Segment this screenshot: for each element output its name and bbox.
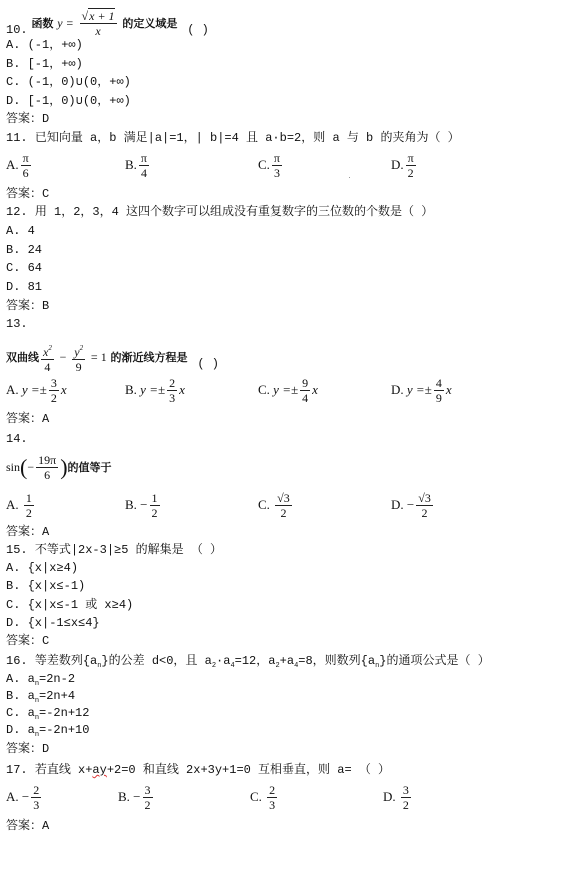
- answer: 答案：B: [6, 298, 49, 314]
- frac-den: 4: [302, 391, 308, 404]
- option-a: A. {x|x≥4): [6, 560, 78, 576]
- stem-text: 的值等于: [68, 461, 112, 474]
- math-lhs: y =: [57, 16, 73, 30]
- answer-label: 答案：: [6, 112, 42, 126]
- option-text: 24: [28, 243, 42, 257]
- option-d: D. [-1，0)∪(0，+∞): [6, 93, 131, 109]
- answer-label: 答案：: [6, 299, 42, 313]
- option-d: D. {x|-1≤x≤4}: [6, 615, 100, 631]
- option-label: C.: [250, 789, 262, 805]
- frac-num: 9: [300, 377, 310, 391]
- fraction: π6: [21, 152, 31, 179]
- option-b: B. y =±23x: [125, 375, 185, 405]
- fraction: √32: [416, 492, 433, 519]
- option-d: D.π2: [391, 150, 418, 180]
- frac-den: 3: [274, 166, 280, 179]
- option-label: A.: [6, 224, 20, 238]
- option-a: A. −23: [6, 782, 43, 812]
- option-sign: −: [22, 789, 29, 805]
- spellcheck-underlined-text: ay: [92, 763, 106, 777]
- stem-text: }的通项公式是（ ）: [379, 654, 489, 668]
- option-label: B.: [118, 789, 130, 805]
- option-b: B. {x|x≤-1): [6, 578, 85, 594]
- fraction: 23: [31, 784, 41, 811]
- answer-value: C: [42, 187, 49, 201]
- frac-num: 3: [143, 784, 153, 798]
- option-var: x: [446, 382, 452, 398]
- answer-value: A: [42, 412, 49, 426]
- frac-den: 3: [33, 798, 39, 811]
- option-label: D.: [6, 723, 20, 737]
- option-text: [-1，+∞): [28, 57, 83, 71]
- option-text: {x|-1≤x≤4}: [28, 616, 100, 630]
- option-a: A. y =±32x: [6, 375, 67, 405]
- stem-text: 的定义域是: [122, 17, 177, 30]
- fraction: 32: [143, 784, 153, 811]
- stem-text: ·a: [216, 654, 230, 668]
- option-b: B. 24: [6, 242, 42, 258]
- stem-text: +a: [280, 654, 294, 668]
- answer-value: C: [42, 634, 49, 648]
- option-text: =-2n+10: [39, 723, 89, 737]
- frac-num: x + 1: [88, 8, 114, 23]
- option-label: A.: [6, 38, 20, 52]
- minus: −: [27, 460, 34, 474]
- question-14-stem: sin(−19π6)的值等于: [6, 454, 112, 481]
- option-prefix: y =±: [407, 382, 432, 398]
- option-text: {x|x≤-1): [28, 579, 86, 593]
- option-sign: −: [140, 497, 147, 513]
- stem-text: 函数: [31, 17, 53, 30]
- option-b: B. [-1，+∞): [6, 56, 83, 72]
- fraction: √x + 1 x: [80, 10, 117, 37]
- frac-den: 9: [76, 360, 82, 373]
- option-c: C.π3: [258, 150, 284, 180]
- question-11-stem: 11. 已知向量 a，b 满足|a|=1，| b|=4 且 a·b=2，则 a …: [6, 130, 460, 146]
- options-row: A. y =±32x B. y =±23x C. y =±94x D. y =±…: [6, 375, 576, 405]
- option-text: =2n-2: [39, 672, 75, 686]
- fraction: 32: [401, 784, 411, 811]
- option-c: C. (-1，0)∪(0，+∞): [6, 74, 131, 90]
- question-15-stem: 15. 不等式|2x-3|≥5 的解集是 （ ）: [6, 542, 222, 558]
- frac-den: 2: [280, 506, 286, 519]
- answer-label: 答案：: [6, 187, 42, 201]
- question-number: 17.: [6, 763, 28, 777]
- minus: −: [60, 350, 67, 364]
- option-label: A.: [6, 157, 19, 173]
- option-label: D.: [6, 616, 20, 630]
- option-sign: −: [133, 789, 140, 805]
- frac-num: 2: [167, 377, 177, 391]
- option-label: A.: [6, 382, 19, 398]
- answer-value: A: [42, 819, 49, 833]
- stem-text: }的公差 d<0，且 a: [101, 654, 211, 668]
- stem-text: 等差数列{a: [35, 654, 97, 668]
- option-var: x: [179, 382, 185, 398]
- option-var: a: [28, 689, 35, 703]
- option-text: =2n+4: [39, 689, 75, 703]
- option-d: D. y =±49x: [391, 375, 452, 405]
- option-d: D. 32: [383, 782, 413, 812]
- question-12-stem: 12. 用 1，2，3，4 这四个数字可以组成没有重复数字的三位数的个数是（ ）: [6, 204, 433, 220]
- option-d: D. an=-2n+10: [6, 722, 89, 743]
- option-label: A.: [6, 497, 19, 513]
- answer-blank: ( ): [197, 356, 219, 372]
- answer-label: 答案：: [6, 742, 42, 756]
- answer: 答案：D: [6, 741, 49, 757]
- frac-den: 2: [408, 166, 414, 179]
- frac-num: π: [21, 152, 31, 166]
- question-number: 14.: [6, 431, 28, 447]
- question-17-stem: 17. 若直线 x+ay+2=0 和直线 2x+3y+1=0 互相垂直，则 a=…: [6, 762, 390, 778]
- answer-label: 答案：: [6, 412, 42, 426]
- frac-den: 4: [44, 360, 50, 373]
- option-label: A.: [6, 672, 20, 686]
- question-13-stem: 双曲线x24 − y29 = 1 的渐近线方程是 ( ): [6, 342, 219, 373]
- option-label: C.: [6, 598, 20, 612]
- option-c: C. 23: [250, 782, 279, 812]
- option-text: 81: [28, 280, 42, 294]
- fraction: π2: [406, 152, 416, 179]
- question-number: 11.: [6, 131, 28, 145]
- option-prefix: y =±: [140, 382, 165, 398]
- option-label: C.: [6, 706, 20, 720]
- question-10-stem: 10. 函数 y = √x + 1 x 的定义域是 ( ): [6, 10, 209, 37]
- answer: 答案：A: [6, 524, 49, 540]
- fraction: 32: [49, 377, 59, 404]
- option-label: C.: [6, 75, 20, 89]
- frac-den: 3: [269, 798, 275, 811]
- fraction: 23: [267, 784, 277, 811]
- answer-label: 答案：: [6, 634, 42, 648]
- question-number: 16.: [6, 654, 28, 668]
- option-var: a: [28, 672, 35, 686]
- answer: 答案：C: [6, 633, 49, 649]
- option-text: {x|x≤-1 或 x≥4): [28, 598, 134, 612]
- answer: 答案：C: [6, 186, 49, 202]
- stem-text: 用 1，2，3，4 这四个数字可以组成没有重复数字的三位数的个数是（ ）: [35, 205, 433, 219]
- stem-text: +2=0 和直线 2x+3y+1=0 互相垂直，则 a= （ ）: [107, 763, 390, 777]
- frac-den: 6: [23, 166, 29, 179]
- fraction: x24: [41, 342, 54, 373]
- frac-den: 2: [26, 506, 32, 519]
- fraction: π4: [139, 152, 149, 179]
- answer-label: 答案：: [6, 525, 42, 539]
- stem-text: =8，则数列{a: [298, 654, 375, 668]
- frac-den: x: [95, 24, 100, 37]
- fraction: y29: [72, 342, 85, 373]
- option-b: B. −12: [125, 490, 162, 520]
- option-text: =-2n+12: [39, 706, 89, 720]
- option-text: (-1，+∞): [28, 38, 83, 52]
- frac-num: 19π: [36, 454, 58, 468]
- option-b: B. −32: [118, 782, 155, 812]
- option-prefix: y =±: [273, 382, 298, 398]
- fraction: 12: [24, 492, 34, 519]
- option-text: [-1，0)∪(0，+∞): [28, 94, 131, 108]
- fraction: 94: [300, 377, 310, 404]
- option-text: {x|x≥4): [28, 561, 78, 575]
- fraction: 23: [167, 377, 177, 404]
- stem-text: 双曲线: [6, 351, 39, 364]
- frac-num: 1: [24, 492, 34, 506]
- frac-num: √3: [275, 492, 292, 506]
- frac-num: π: [406, 152, 416, 166]
- option-label: B.: [6, 689, 20, 703]
- option-var: a: [28, 723, 35, 737]
- question-number: 12.: [6, 205, 28, 219]
- stray-dot: [349, 177, 350, 178]
- frac-num: π: [139, 152, 149, 166]
- equals: = 1: [91, 350, 107, 364]
- answer: 答案：D: [6, 111, 49, 127]
- option-label: B.: [125, 382, 137, 398]
- option-var: a: [28, 706, 35, 720]
- fraction: 12: [150, 492, 160, 519]
- option-label: B.: [6, 57, 20, 71]
- frac-num: 4: [434, 377, 444, 391]
- option-label: D.: [391, 157, 404, 173]
- option-sign: −: [407, 497, 414, 513]
- question-number: 10.: [6, 23, 28, 37]
- answer-value: A: [42, 525, 49, 539]
- option-label: D.: [391, 497, 404, 513]
- option-a: A. 4: [6, 223, 35, 239]
- option-label: B.: [6, 243, 20, 257]
- answer-value: D: [42, 112, 49, 126]
- options-row: A. −23 B. −32 C. 23 D. 32: [6, 782, 576, 812]
- options-row: A.π6 B.π4 C.π3 D.π2: [6, 150, 576, 180]
- frac-num: √3: [416, 492, 433, 506]
- options-row: A. 12 B. −12 C. √32 D. −√32: [6, 490, 576, 520]
- fraction: π3: [272, 152, 282, 179]
- option-label: D.: [383, 789, 396, 805]
- option-text: 4: [28, 224, 35, 238]
- frac-den: 9: [436, 391, 442, 404]
- frac-den: 4: [141, 166, 147, 179]
- frac-num: π: [272, 152, 282, 166]
- frac-den: 2: [422, 506, 428, 519]
- stem-text: 的渐近线方程是: [111, 351, 188, 364]
- option-a: A. 12: [6, 490, 36, 520]
- option-a: A.π6: [6, 150, 33, 180]
- fraction: √32: [275, 492, 292, 519]
- option-label: C.: [258, 382, 270, 398]
- fraction: 49: [434, 377, 444, 404]
- option-label: C.: [258, 497, 270, 513]
- option-text: (-1，0)∪(0，+∞): [28, 75, 131, 89]
- option-text: 64: [28, 261, 42, 275]
- frac-den: 6: [44, 468, 50, 481]
- question-16-stem: 16. 等差数列{an}的公差 d<0，且 a2·a4=12，a2+a4=8，则…: [6, 653, 490, 674]
- option-label: D.: [6, 94, 20, 108]
- answer-label: 答案：: [6, 819, 42, 833]
- answer-value: D: [42, 742, 49, 756]
- stem-text: 已知向量 a，b 满足|a|=1，| b|=4 且 a·b=2，则 a 与 b …: [35, 131, 460, 145]
- option-c: C. {x|x≤-1 或 x≥4): [6, 597, 133, 613]
- fraction: 19π6: [36, 454, 58, 481]
- option-label: B.: [125, 157, 137, 173]
- option-label: D.: [6, 280, 20, 294]
- frac-den: 3: [169, 391, 175, 404]
- option-label: C.: [6, 261, 20, 275]
- option-d: D. 81: [6, 279, 42, 295]
- frac-num: 1: [150, 492, 160, 506]
- frac-num: 3: [401, 784, 411, 798]
- function-name: sin: [6, 460, 20, 474]
- answer: 答案：A: [6, 818, 49, 834]
- option-a: A. (-1，+∞): [6, 37, 83, 53]
- stem-text: 若直线 x+: [35, 763, 93, 777]
- option-c: C. √32: [258, 490, 294, 520]
- option-c: C. y =±94x: [258, 375, 318, 405]
- answer-blank: ( ): [187, 22, 209, 38]
- frac-den: 2: [152, 506, 158, 519]
- option-d: D. −√32: [391, 490, 435, 520]
- right-paren: ): [60, 455, 67, 480]
- answer: 答案：A: [6, 411, 49, 427]
- option-label: A.: [6, 789, 19, 805]
- option-label: D.: [391, 382, 404, 398]
- frac-den: 2: [51, 391, 57, 404]
- frac-num: 2: [31, 784, 41, 798]
- frac-den: 2: [145, 798, 151, 811]
- frac-num: 2: [267, 784, 277, 798]
- option-label: A.: [6, 561, 20, 575]
- frac-den: 2: [403, 798, 409, 811]
- option-c: C. 64: [6, 260, 42, 276]
- frac-num: 3: [49, 377, 59, 391]
- option-label: B.: [6, 579, 20, 593]
- option-label: B.: [125, 497, 137, 513]
- option-var: x: [61, 382, 67, 398]
- question-number: 13.: [6, 316, 28, 332]
- question-number: 15.: [6, 543, 28, 557]
- option-prefix: y =±: [22, 382, 47, 398]
- option-label: C.: [258, 157, 270, 173]
- option-b: B.π4: [125, 150, 151, 180]
- option-var: x: [312, 382, 318, 398]
- answer-value: B: [42, 299, 49, 313]
- stem-text: 不等式|2x-3|≥5 的解集是 （ ）: [35, 543, 222, 557]
- stem-text: =12，a: [235, 654, 276, 668]
